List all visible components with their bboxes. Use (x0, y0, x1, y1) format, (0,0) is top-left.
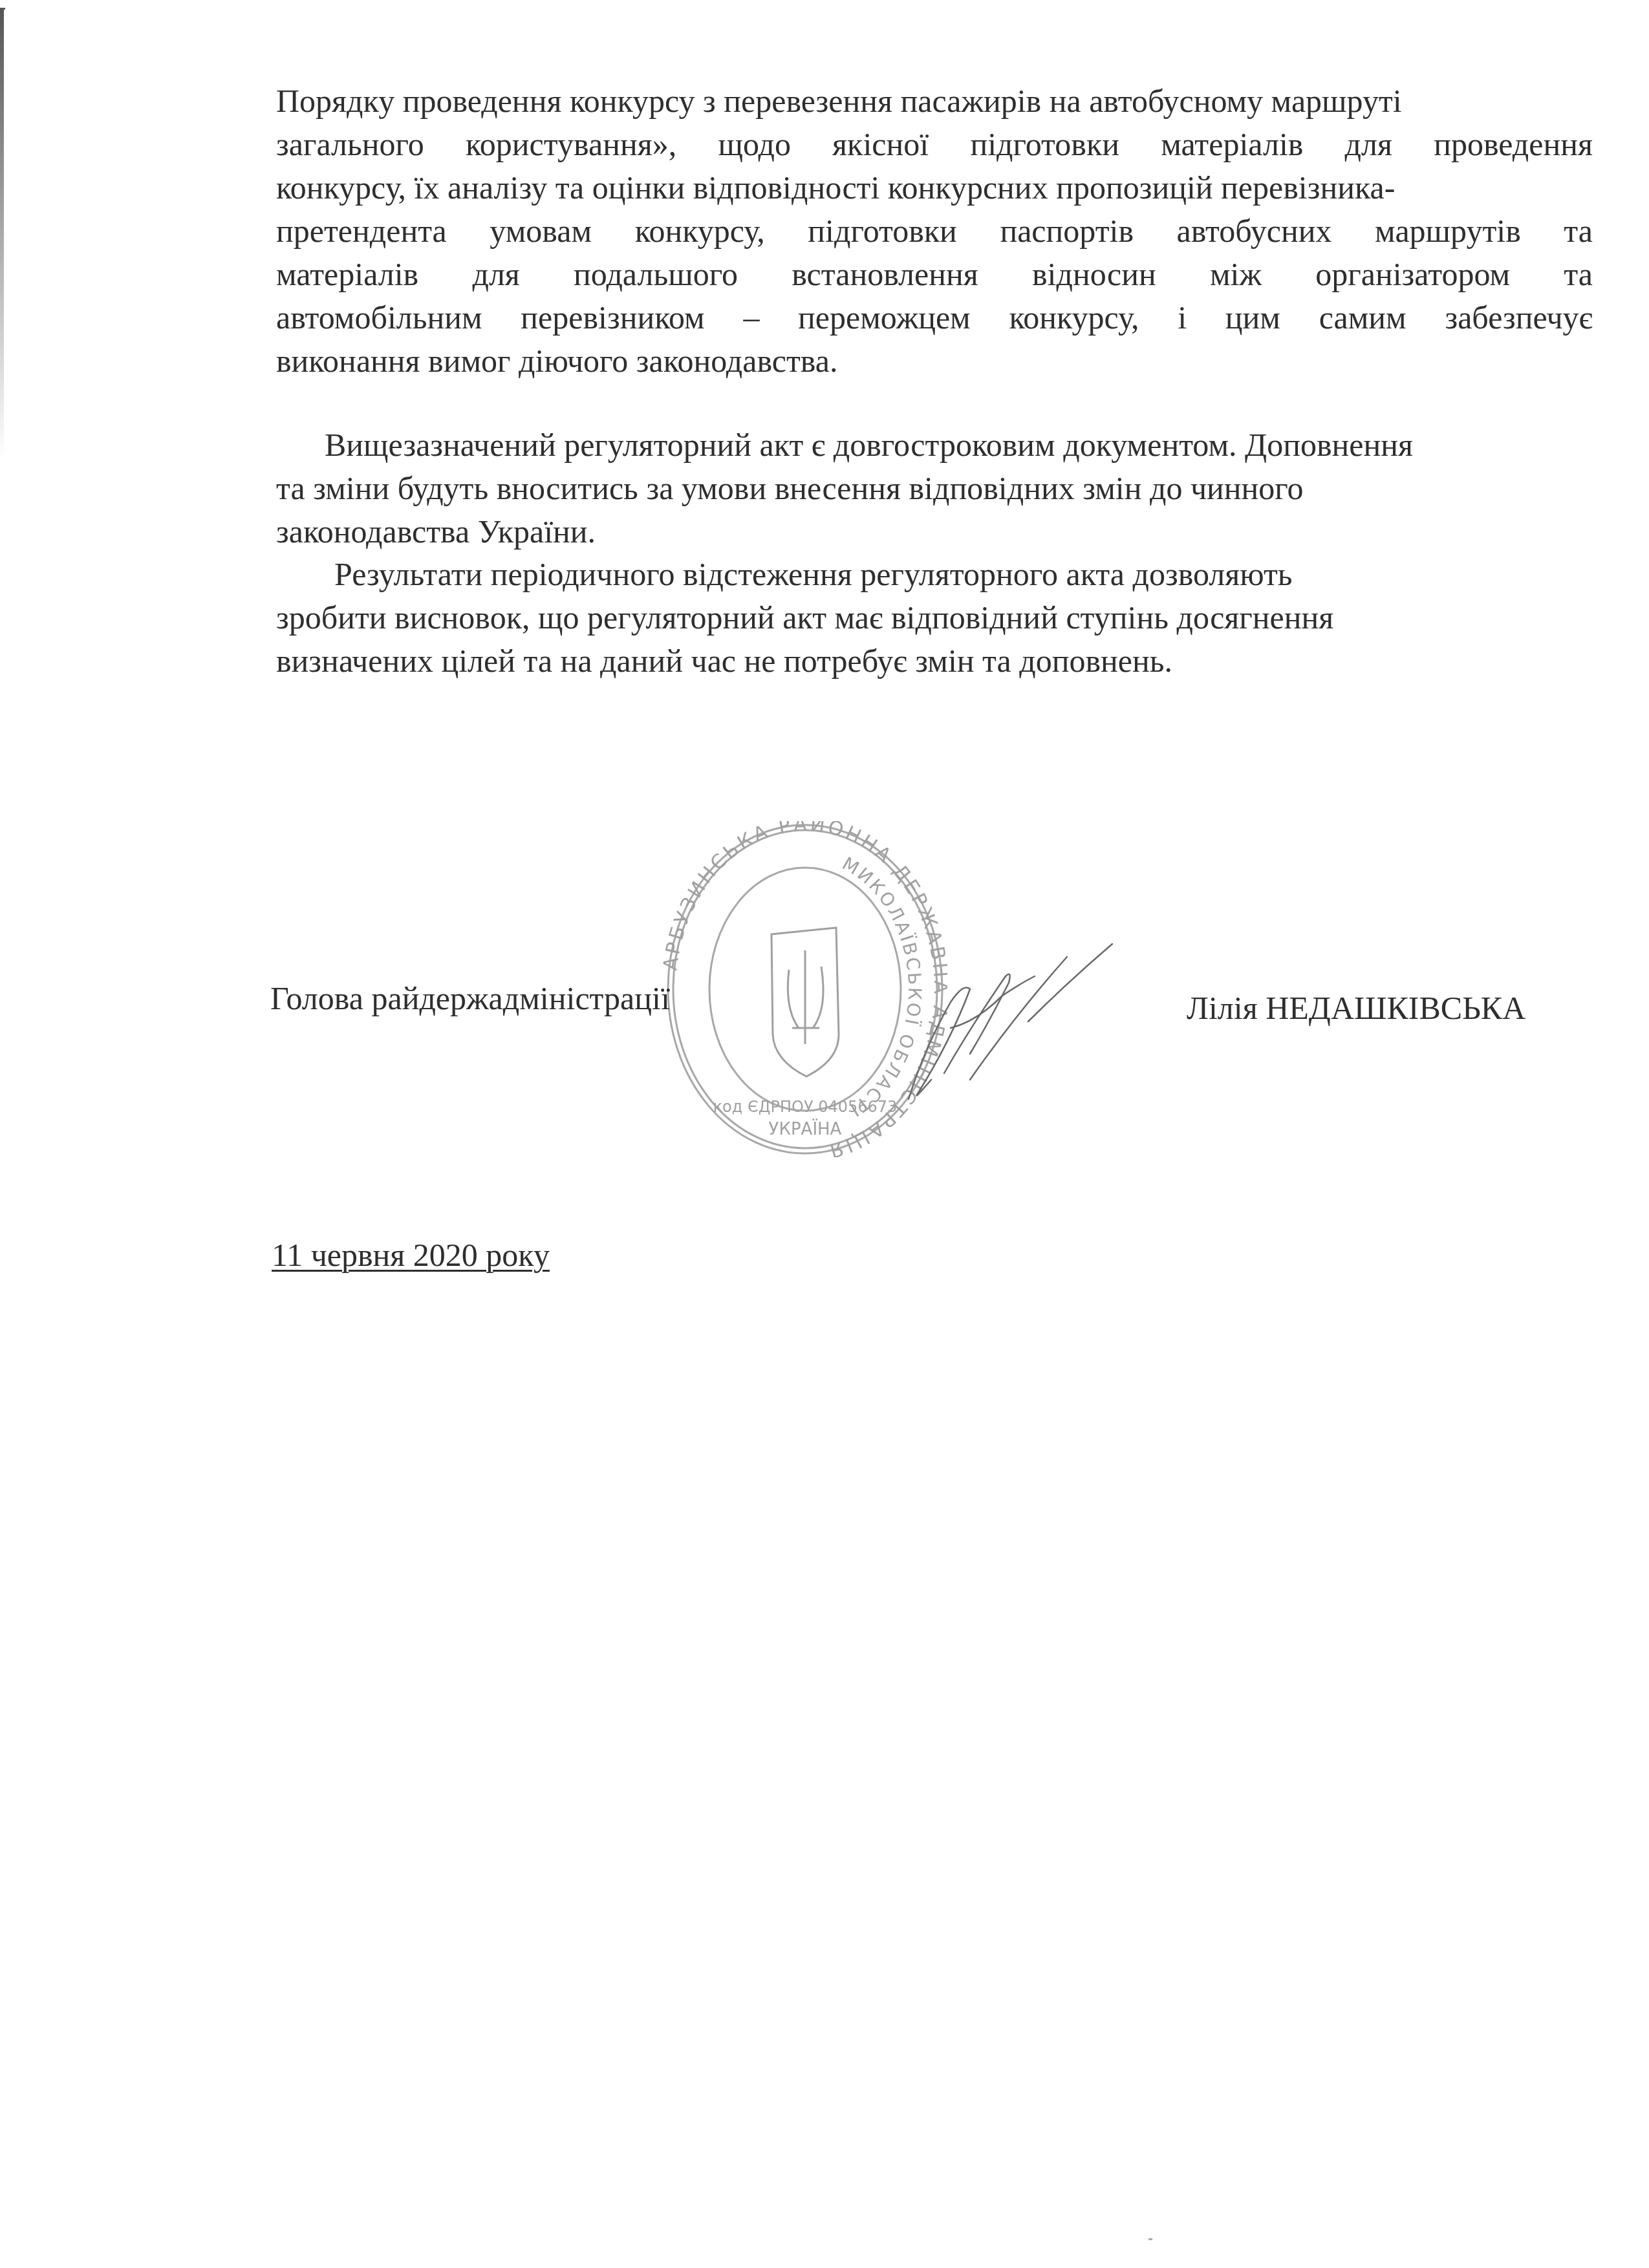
svg-text:код ЄДРПОУ 04056673: код ЄДРПОУ 04056673 (713, 1098, 898, 1116)
scan-edge-shadow (0, 8, 4, 460)
svg-text:МИКОЛАЇВСЬКОЇ ОБЛАСТІ: МИКОЛАЇВСЬКОЇ ОБЛАСТІ (839, 853, 926, 1122)
text-line: визначених цілей та на даний час не потр… (276, 639, 1593, 683)
text-line: законодавства України. (276, 510, 1593, 553)
handwritten-signature (873, 918, 1119, 1112)
paragraph-competition-procedure: Порядку проведення конкурсу з перевезенн… (276, 80, 1593, 383)
text-line: загального користування», щодо якісної п… (276, 123, 1593, 166)
official-stamp: АРБУЗИНСЬКА РАЙОННА ДЕРЖАВНА АДМІНІСТРАЦ… (663, 821, 947, 1157)
text-line: конкурсу, їх аналізу та оцінки відповідн… (276, 166, 1593, 209)
paragraph-long-term-act: Вищезазначений регуляторний акт є довгос… (276, 423, 1593, 553)
document-date: 11 червня 2020 року (272, 1236, 550, 1274)
text-line: та зміни будуть вноситись за умови внесе… (276, 467, 1593, 510)
scan-speck (1148, 2238, 1152, 2240)
text-line: матеріалів для подальшого встановлення в… (276, 253, 1593, 296)
paragraph-monitoring-results: Результати періодичного відстеження регу… (276, 553, 1593, 683)
text-line: зробити висновок, що регуляторний акт ма… (276, 596, 1593, 639)
document-page: Порядку проведення конкурсу з перевезенн… (0, 0, 1649, 2268)
svg-text:АРБУЗИНСЬКА РАЙОННА ДЕРЖАВНА А: АРБУЗИНСЬКА РАЙОННА ДЕРЖАВНА АДМІНІСТРАЦ… (663, 821, 947, 1157)
text-line: Порядку проведення конкурсу з перевезенн… (276, 80, 1593, 123)
trident-icon (771, 928, 839, 1076)
signatory-position: Голова райдержадміністрації (270, 979, 670, 1017)
text-line: виконання вимог діючого законодавства. (276, 339, 1593, 383)
text-line: Вищезазначений регуляторний акт є довгос… (276, 423, 1593, 467)
scan-edge-corner (0, 8, 5, 10)
signatory-name: Лілія НЕДАШКІВСЬКА (1187, 989, 1525, 1027)
text-line: Результати періодичного відстеження регу… (276, 553, 1593, 596)
text-line: претендента умовам конкурсу, підготовки … (276, 209, 1593, 253)
svg-text:УКРАЇНА: УКРАЇНА (769, 1118, 842, 1139)
text-line: автомобільним перевізником – переможцем … (276, 296, 1593, 339)
